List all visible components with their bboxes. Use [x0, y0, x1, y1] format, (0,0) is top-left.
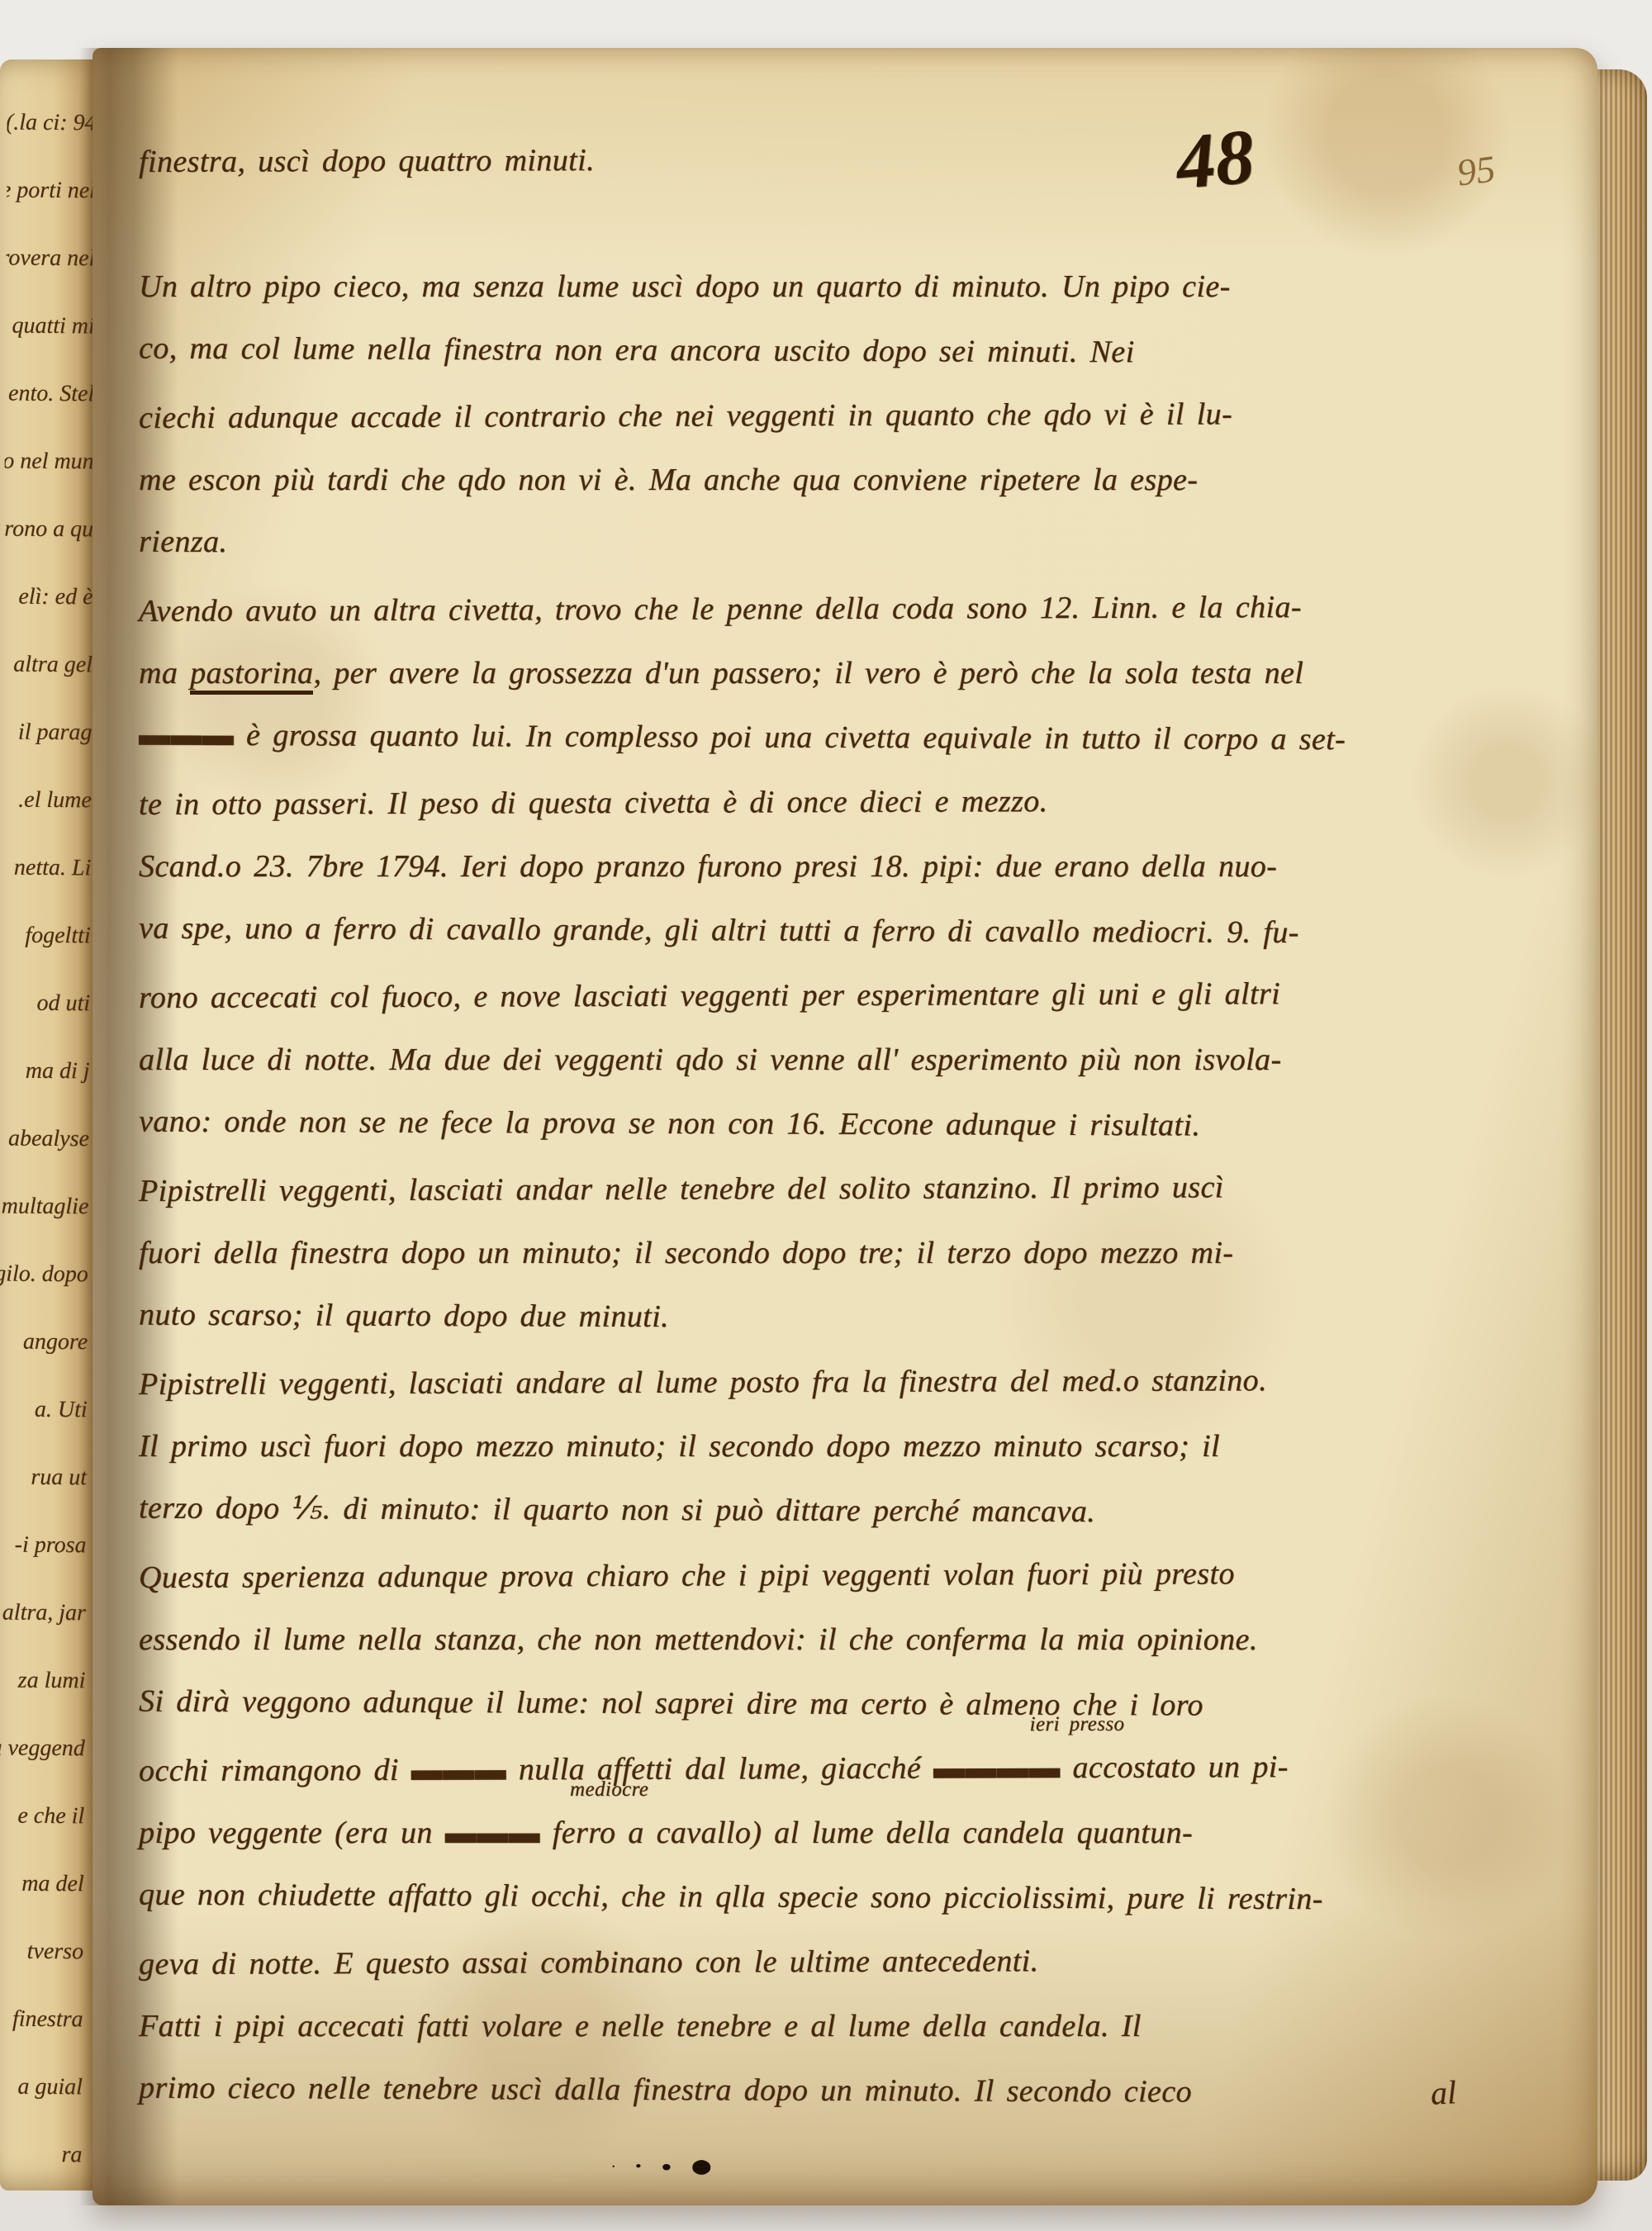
manuscript-line: fuori della finestra dopo un minuto; il …: [139, 1221, 1576, 1285]
margin-fragment: rovera nel: [6, 225, 96, 293]
margin-fragment: a veggend: [0, 1715, 85, 1783]
margin-fragment: e porti nel: [7, 157, 97, 225]
page-number-large: 48: [1173, 117, 1257, 202]
manuscript-line: Scand.o 23. 7bre 1794. Ieri dopo pranzo …: [139, 834, 1576, 899]
margin-fragment: ra: [0, 2121, 83, 2190]
manuscript-line: nuto scarso; il quarto dopo due minuti.: [139, 1283, 1576, 1353]
margin-fragment: a. Uti: [0, 1376, 88, 1445]
manuscript-line: Avendo avuto un altra civetta, trovo che…: [139, 574, 1576, 643]
open-notebook: la ci: 94.)e porti nelrovera nela quatti…: [0, 48, 1649, 2205]
manuscript-line: Fatti i pipi accecati fatti volare e nel…: [139, 1994, 1576, 2058]
margin-fragment: o nel mun: [4, 428, 94, 496]
margin-fragment: ento. Stel: [5, 360, 95, 429]
scanned-manuscript-screenshot: { "header": { "notebook_page_number": "4…: [0, 0, 1652, 2231]
margin-fragment: i prosa-: [0, 1512, 87, 1580]
interlinear-insertion: mediocre: [570, 1779, 648, 1800]
manuscript-line: finestra, uscì dopo quattro minuti.: [139, 125, 1576, 194]
margin-fragment: angore: [0, 1308, 88, 1377]
margin-fragment: abealyse: [0, 1105, 89, 1174]
margin-fragment: altra gel: [3, 631, 93, 700]
manuscript-line: primo cieco nelle tenebre uscì dalla fin…: [139, 2056, 1576, 2126]
margin-fragment: e che il: [0, 1782, 85, 1851]
margin-fragment: fogeltti: [1, 902, 91, 971]
manuscript-line: Un altro pipo cieco, ma senza lume uscì …: [139, 254, 1576, 319]
margin-fragment: il parag: [2, 699, 93, 767]
margin-fragment: altra, jar: [0, 1579, 86, 1648]
manuscript-line: vano: onde non se ne fece la prova se no…: [139, 1089, 1576, 1160]
margin-fragment: arono a qu: [4, 496, 94, 564]
previous-page-edge: la ci: 94.)e porti nelrovera nela quatti…: [0, 59, 97, 2191]
margin-fragment: gilo. dopo: [0, 1241, 88, 1309]
manuscript-line: Il primo uscì fuori dopo mezzo minuto; i…: [139, 1414, 1576, 1479]
margin-fragment: ma di j: [0, 1037, 90, 1106]
manuscript-line: occhi rimangono di ▬▬▬ nulla affetti dal…: [139, 1734, 1576, 1803]
margin-fragment: el lume.: [2, 767, 93, 835]
manuscript-line: pipo veggente (era un ▬▬▬ ferro a cavall…: [139, 1801, 1576, 1865]
margin-fragment: rua ut: [0, 1444, 87, 1512]
margin-fragment: i multaglie: [0, 1173, 89, 1241]
manuscript-line: ▬▬▬ è grossa quanto lui. In complesso po…: [139, 703, 1576, 773]
manuscript-line: Si dirà veggono adunque il lume: nol sap…: [139, 1669, 1576, 1740]
margin-fragment: la ci: 94.): [7, 89, 97, 158]
margin-fragment: elì: ed è: [3, 563, 93, 632]
margin-fragment: za lumi: [0, 1647, 86, 1716]
manuscript-line: me escon più tardi che qdo non vi è. Ma …: [139, 448, 1576, 512]
manuscript-line: Pipistrelli veggenti, lasciati andare al…: [139, 1347, 1576, 1417]
folio-number: 95: [1455, 150, 1497, 192]
manuscript-lines: finestra, uscì dopo quattro minuti.Un al…: [139, 127, 1576, 2123]
manuscript-line: Pipistrelli veggenti, lasciati andar nel…: [139, 1154, 1576, 1223]
margin-fragment: ma del: [0, 1850, 84, 1919]
manuscript-line: te in otto passeri. Il peso di questa ci…: [139, 767, 1576, 837]
manuscript-line: ciechi adunque accade il contrario che n…: [139, 381, 1576, 450]
ink-blot-marks: ∙ • ● ⬤: [611, 2158, 719, 2176]
margin-fragment: od uti: [1, 970, 91, 1038]
manuscript-page: 48 95 finestra, uscì dopo quattro minuti…: [93, 48, 1597, 2205]
manuscript-line: rienza.: [139, 510, 1576, 580]
margin-fragments: la ci: 94.)e porti nelrovera nela quatti…: [0, 89, 97, 2190]
manuscript-line: rono accecati col fuoco, e nove lasciati…: [139, 961, 1576, 1030]
manuscript-line: essendo il lume nella stanza, che non me…: [139, 1607, 1576, 1672]
manuscript-line: geva di notte. E questo assai combinano …: [139, 1927, 1576, 1996]
manuscript-line: que non chiudette affatto gli occhi, che…: [139, 1863, 1576, 1933]
manuscript-line: co, ma col lume nella finestra non era a…: [139, 316, 1576, 387]
manuscript-line: Questa sperienza adunque prova chiaro ch…: [139, 1540, 1576, 1610]
manuscript-line: terzo dopo ⅕. di minuto: il quarto non s…: [139, 1476, 1576, 1546]
manuscript-line: ma pastorina, per avere la grossezza d'u…: [139, 641, 1576, 705]
margin-fragment: a quatti mi: [6, 292, 96, 361]
interlinear-insertion: ieri presso: [1030, 1714, 1125, 1735]
manuscript-line: alla luce di notte. Ma due dei veggenti …: [139, 1028, 1576, 1092]
catchword: al: [1430, 2072, 1458, 2113]
margin-fragment: a guial: [0, 2053, 83, 2122]
margin-fragment: finestra: [0, 1986, 83, 2054]
page-stack-edge: [1593, 69, 1647, 2181]
margin-fragment: tverso: [0, 1918, 83, 1987]
margin-fragment: netta. Li: [2, 834, 92, 903]
manuscript-line: va spe, uno a ferro di cavallo grande, g…: [139, 896, 1576, 966]
